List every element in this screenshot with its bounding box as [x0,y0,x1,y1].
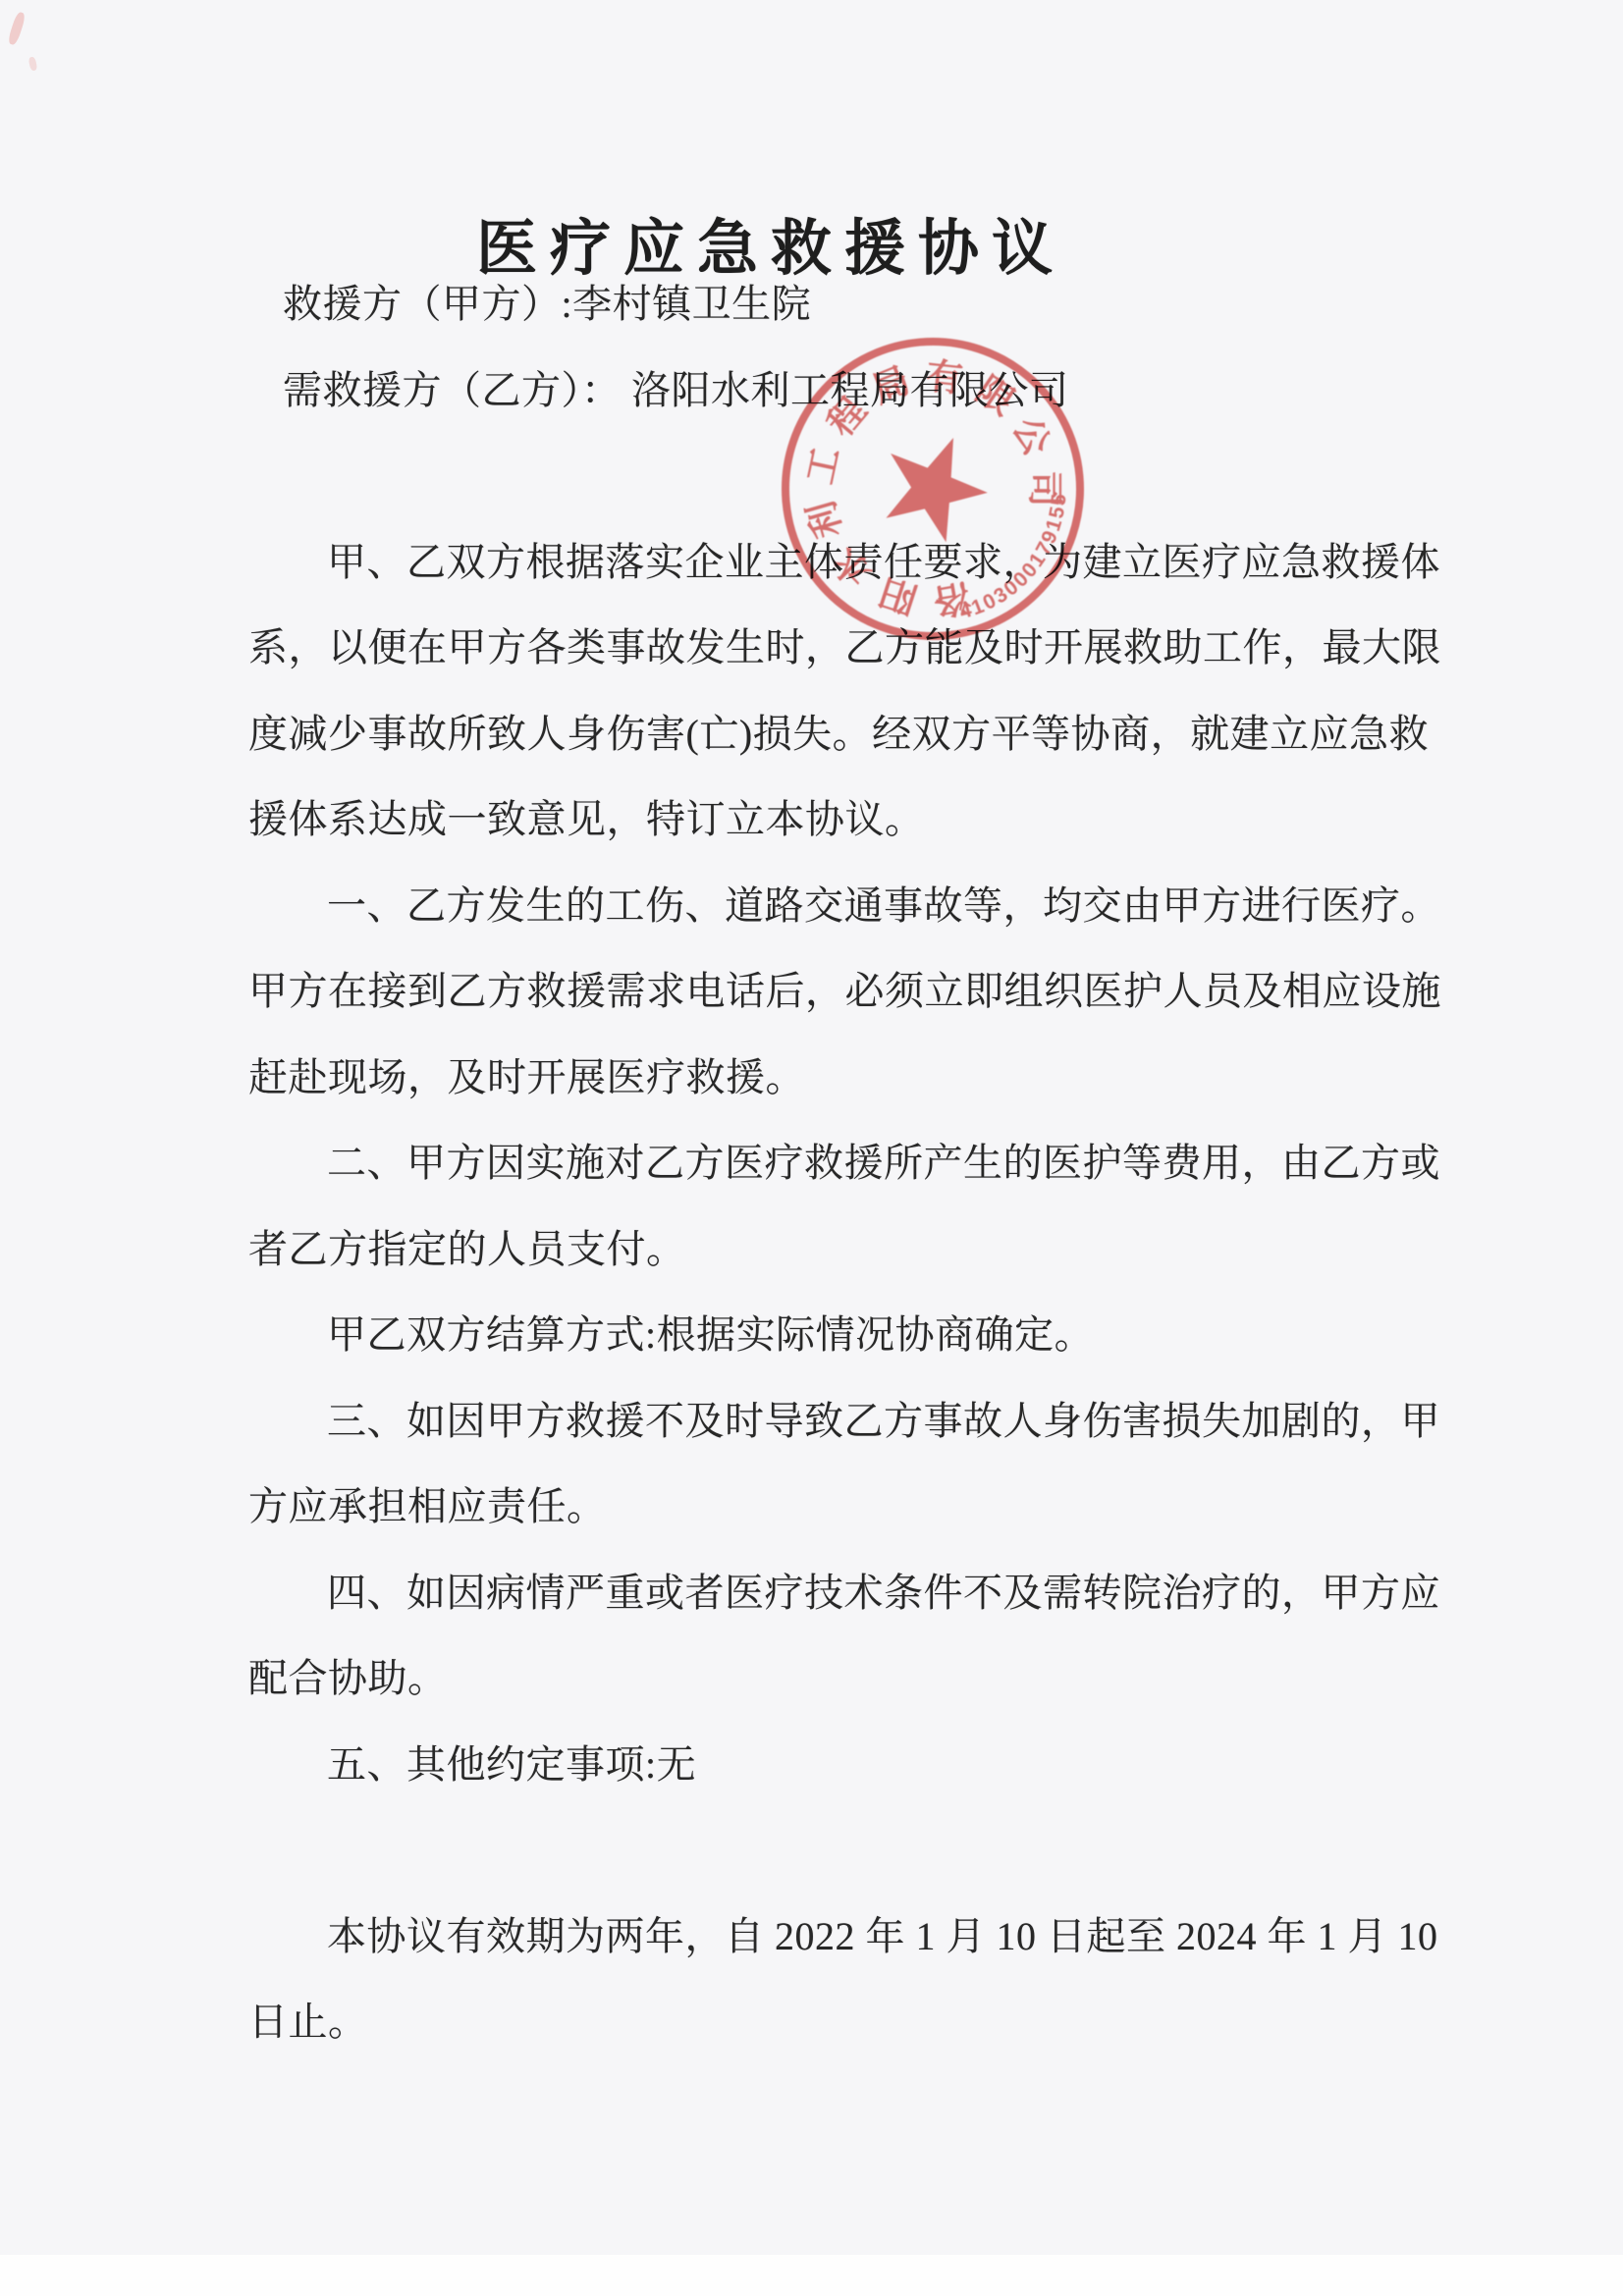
scan-artifact [7,11,27,45]
svg-text:有: 有 [924,355,964,400]
scanned-document-page: 医疗应急救援协议 救援方（甲方）:李村镇卫生院需救援方（乙方）： 洛阳水利工程局… [0,0,1623,2296]
svg-text:利: 利 [801,497,851,543]
doc-line: 四、如因病情严重或者医疗技术条件不及需转院治疗的，甲方应 [248,1550,1476,1636]
stamp-star-icon [857,413,1001,558]
doc-blank-line [248,1807,1476,1894]
doc-line: 者乙方指定的人员支付。 [248,1206,1476,1293]
doc-line: 五、其他约定事项:无 [248,1722,1476,1808]
scan-edge [0,2255,1623,2296]
doc-line: 配合协助。 [248,1635,1476,1722]
doc-line: 一、乙方发生的工伤、道路交通事故等，均交由甲方进行医疗。 [248,863,1476,949]
svg-text:限: 限 [968,369,1021,424]
scan-artifact [28,56,38,71]
company-stamp: 洛阳水利工程局有限公司4103000179155 [766,322,1100,656]
svg-text:程: 程 [820,390,875,444]
doc-line: 甲方在接到乙方救援需求电话后，必须立即组织医护人员及相应设施 [248,948,1476,1035]
doc-line: 三、如因甲方救援不及时导致乙方事故人身伤害损失加剧的，甲 [248,1378,1476,1465]
doc-line: 方应承担相应责任。 [248,1464,1476,1550]
stamp-svg: 洛阳水利工程局有限公司4103000179155 [766,322,1100,656]
doc-line: 援体系达成一致意见，特订立本协议。 [248,776,1476,863]
doc-line: 二、甲方因实施对乙方医疗救援所产生的医护等费用，由乙方或 [248,1120,1476,1206]
doc-line: 本协议有效期为两年，自 2022 年 1 月 10 日起至 2024 年 1 月… [248,1894,1476,1980]
doc-line: 度减少事故所致人身伤害(亡)损失。经双方平等协商，就建立应急救 [248,691,1476,777]
svg-text:水: 水 [825,539,880,594]
svg-text:5: 5 [1048,493,1071,507]
doc-line: 赶赴现场，及时开展医疗救援。 [248,1035,1476,1121]
svg-text:公: 公 [1004,411,1057,462]
doc-line: 日止。 [248,1979,1476,2065]
svg-text:工: 工 [801,444,848,488]
svg-text:阳: 阳 [875,569,922,619]
doc-line: 甲乙双方结算方式:根据实际情况协商确定。 [248,1292,1476,1378]
svg-text:局: 局 [867,360,916,411]
